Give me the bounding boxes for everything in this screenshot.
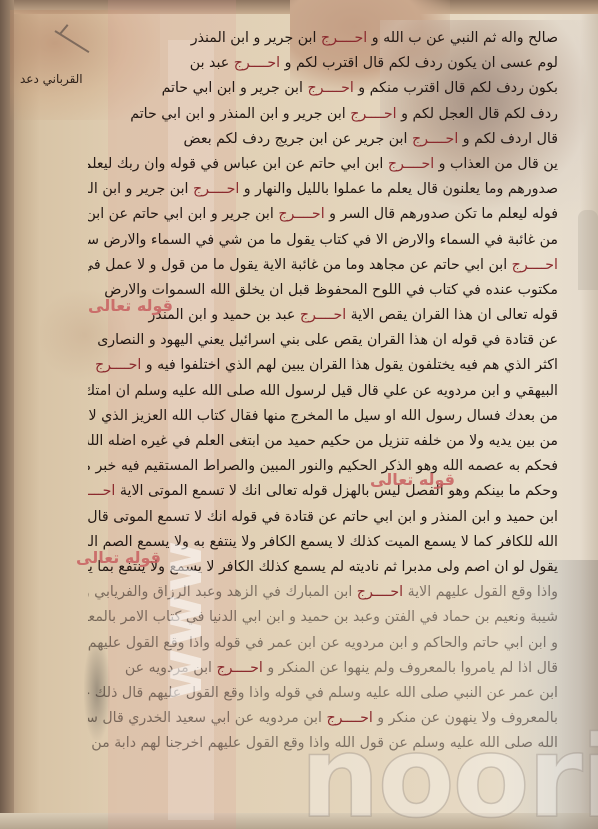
- red-keyword: احــــرج: [350, 106, 396, 122]
- manuscript-line: فحكم به عصمه الله وهو الذكر الحكيم والنو…: [88, 454, 558, 479]
- manuscript-line: من بين يديه ولا من خلفه تنزيل من حكيم حم…: [88, 429, 558, 454]
- manuscript-line: ابن حميد و ابن المنذر و ابن ابي حاتم عن …: [88, 505, 558, 530]
- red-keyword: احــــرج: [234, 55, 280, 71]
- rubric-heading: قوله تعالى: [76, 548, 161, 567]
- red-keyword: احــــرج: [307, 80, 353, 96]
- manuscript-line: من غائبة في السماء والارض الا في كتاب يق…: [88, 228, 558, 253]
- manuscript-line: وحكم ما بينكم وهو الفصل ليس بالهزل قوله …: [88, 479, 558, 504]
- red-keyword: احــــرج: [412, 131, 458, 147]
- rubric-heading: قوله تعالى: [88, 296, 173, 315]
- manuscript-line: ين قال من العذاب و احــــرج ابن ابي حاتم…: [88, 152, 558, 177]
- manuscript-line: لوم عسى ان يكون ردف لكم قال اقترب لكم و …: [88, 51, 558, 76]
- manuscript-line: صدورهم وما يعلنون قال يعلم ما عملوا بالل…: [88, 177, 558, 202]
- red-keyword: احــــرج: [278, 206, 324, 222]
- watermark-noor: noori: [300, 722, 598, 829]
- red-keyword: احــــرج: [300, 307, 346, 323]
- red-keyword: احــــرج: [95, 357, 141, 373]
- red-keyword: احــــرج: [357, 584, 403, 600]
- manuscript-line: قال اردف لكم و احــــرج ابن جرير عن ابن …: [88, 127, 558, 152]
- red-keyword: احــــرج: [321, 30, 367, 46]
- page-edge-left: [0, 0, 14, 829]
- red-keyword: احــــرج: [216, 660, 262, 676]
- manuscript-line: احــــرج ابن ابي حاتم عن مجاهد وما من غا…: [88, 253, 558, 278]
- watermark-minaret-icon: [578, 210, 598, 290]
- watermark-www: www: [150, 539, 215, 700]
- manuscript-line: عن قتادة في قوله ان هذا القران يقص على ب…: [88, 328, 558, 353]
- red-keyword: احــــرج: [88, 483, 115, 499]
- manuscript-line: البيهقي و ابن مردويه عن علي قال قيل لرسو…: [88, 379, 558, 404]
- manuscript-scan: القرباني دعد صالح واله ثم النبي عن ب الل…: [0, 0, 598, 829]
- manuscript-line: اكثر الذي هم فيه يختلفون يقول هذا القران…: [88, 353, 558, 378]
- manuscript-line: بكون ردف لكم قال اقترب منكم و احــــرج ا…: [88, 76, 558, 101]
- margin-note: القرباني دعد: [20, 72, 83, 86]
- manuscript-line: فوله ليعلم ما تكن صدورهم قال السر و احــ…: [88, 202, 558, 227]
- manuscript-line: ردف لكم قال العجل لكم و احــــرج ابن جري…: [88, 102, 558, 127]
- rubric-heading: قوله تعالى: [370, 470, 455, 489]
- red-keyword: احــــرج: [388, 156, 434, 172]
- red-keyword: احــــرج: [512, 257, 558, 273]
- manuscript-line: من بعدك فسال رسول الله او سيل ما المخرج …: [88, 404, 558, 429]
- manuscript-line: صالح واله ثم النبي عن ب الله و احــــرج …: [88, 26, 558, 51]
- red-keyword: احــــرج: [193, 181, 239, 197]
